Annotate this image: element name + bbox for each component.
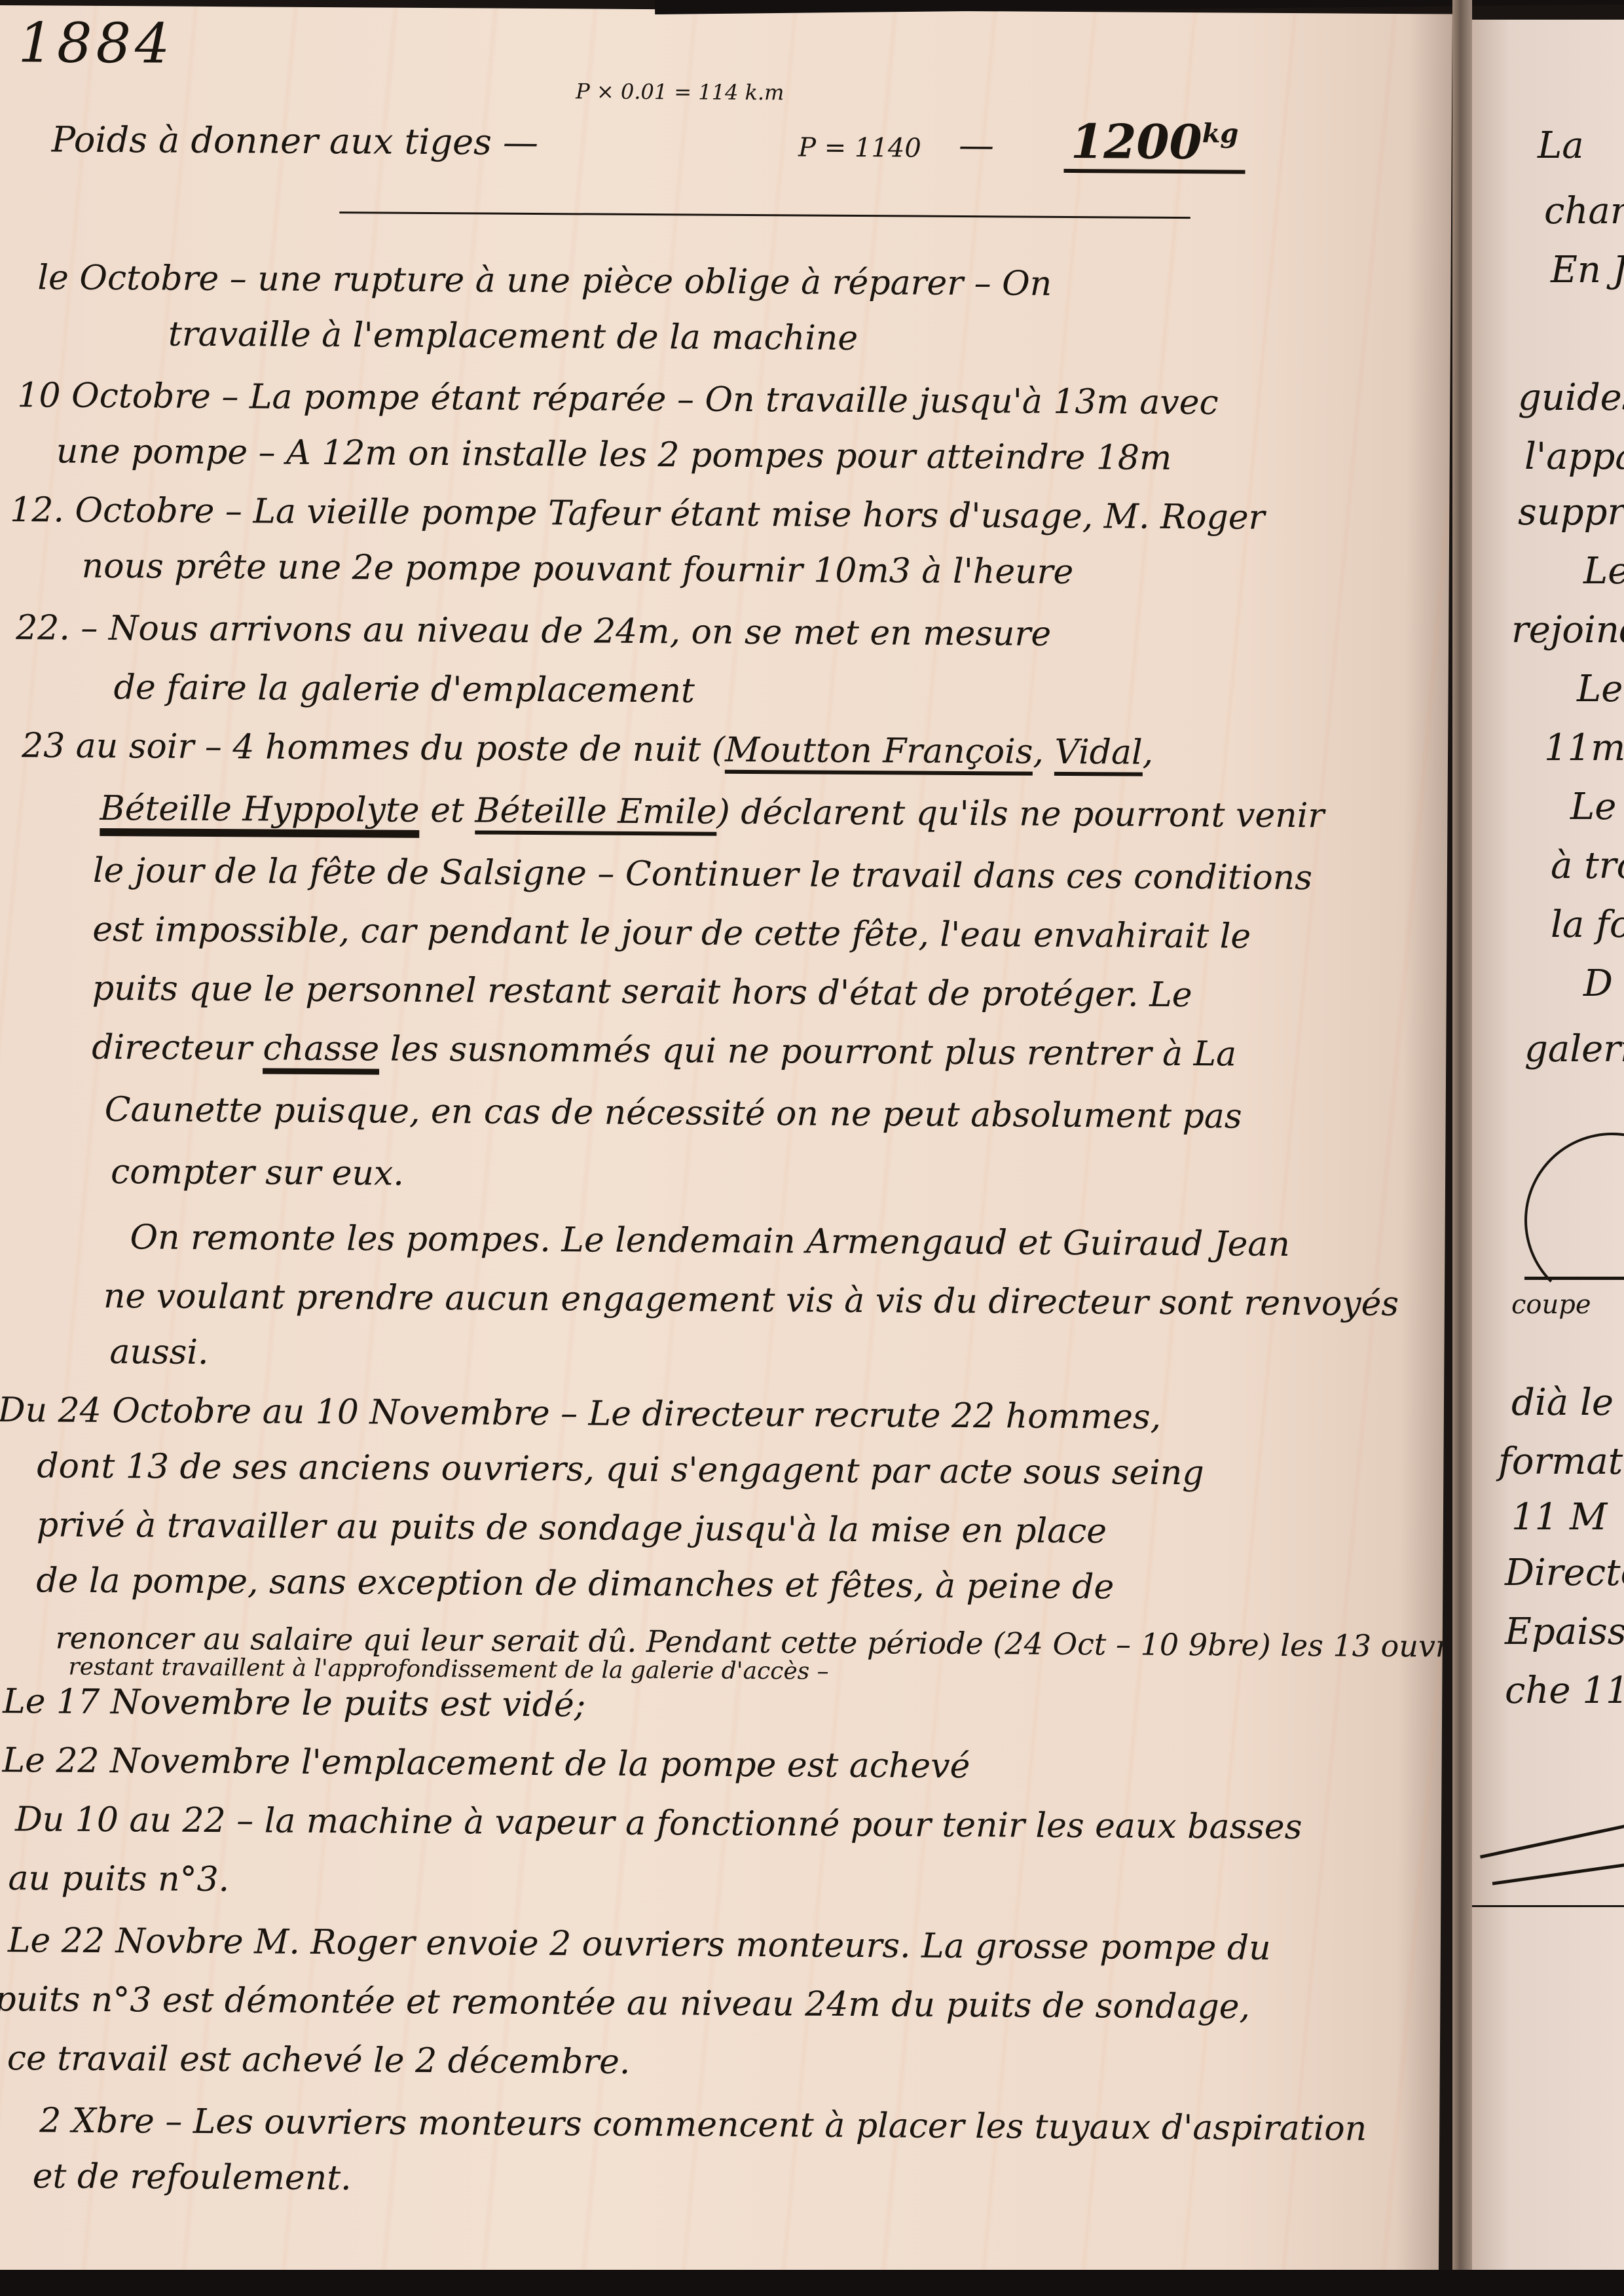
entry-line: On remonte les pompes. Le lendemain Arme… xyxy=(130,1220,1290,1262)
header-separator: — xyxy=(959,124,994,166)
entry-line: 10 Octobre – La pompe étant réparée – On… xyxy=(17,378,1219,420)
entry-line: ne voulant prendre aucun engagement vis … xyxy=(103,1279,1399,1321)
entry-line: et de refoulement. xyxy=(33,2159,352,2195)
sketch-line xyxy=(1472,1905,1624,1907)
entry-line: Le 22 Novbre M. Roger envoie 2 ouvriers … xyxy=(8,1923,1271,1965)
left-page: 1884 Poids à donner aux tiges — P × 0.01… xyxy=(0,5,1452,2286)
facing-fragment: à tro xyxy=(1551,845,1624,887)
facing-fragment: D xyxy=(1583,962,1613,1005)
entry-line: 2 Xbre – Les ouvriers monteurs commencen… xyxy=(39,2104,1367,2145)
facing-fragment: guides xyxy=(1518,376,1624,419)
facing-fragment: En J xyxy=(1551,249,1624,291)
entry-line: Le 22 Novembre l'emplacement de la pompe… xyxy=(2,1743,970,1783)
sketch-arc xyxy=(1524,1133,1624,1308)
underlined-name: Béteille Emile xyxy=(475,791,717,835)
header-label: Poids à donner aux tiges — xyxy=(52,118,539,163)
entry-suffix: , xyxy=(1142,733,1153,773)
facing-fragment: che 11 xyxy=(1505,1669,1624,1712)
entry-line: le jour de la fête de Salsigne – Continu… xyxy=(93,854,1312,895)
sketch-line xyxy=(1480,1824,1624,1859)
facing-fragment: coupe xyxy=(1511,1290,1591,1320)
sketch-line xyxy=(1524,1277,1624,1280)
entry-line: nous prête une 2e pompe pouvant fournir … xyxy=(82,549,1074,589)
facing-fragment: cham xyxy=(1544,190,1624,232)
bottom-shadow xyxy=(0,2270,1624,2296)
facing-fragment: Le xyxy=(1570,786,1616,828)
entry-line-names-1: 23 au soir – 4 hommes du poste de nuit (… xyxy=(22,729,1153,770)
entry-suffix: les susnommés qui ne pourront plus rentr… xyxy=(390,1030,1237,1074)
entry-line: Caunette puisque, en cas de nécessité on… xyxy=(105,1093,1242,1134)
entry-line: Du 10 au 22 – la machine à vapeur a fonc… xyxy=(15,1802,1302,1844)
entry-line: dont 13 de ses anciens ouvriers, qui s'e… xyxy=(37,1449,1204,1490)
entry-line-chasse: directeur chasse les susnommés qui ne po… xyxy=(92,1030,1236,1072)
entry-line: une pompe – A 12m on installe les 2 pomp… xyxy=(56,435,1172,475)
entry-prefix: directeur xyxy=(92,1028,252,1068)
entry-line-names-2: Béteille Hyppolyte et Béteille Emile) dé… xyxy=(100,792,1324,833)
entry-insert-line: restant travaillent à l'approfondissemen… xyxy=(68,1656,828,1684)
entry-line: puits que le personnel restant serait ho… xyxy=(92,972,1192,1012)
facing-page: La cham En J guides l'appa suppre Le rej… xyxy=(1472,20,1624,2272)
entry-line: travaille à l'emplacement de la machine xyxy=(168,318,858,355)
entry-line: 22. – Nous arrivons au niveau de 24m, on… xyxy=(16,611,1051,651)
entry-line: de faire la galerie d'emplacement xyxy=(113,670,695,708)
facing-fragment: rejoind xyxy=(1511,609,1624,651)
book-gutter xyxy=(1452,0,1472,2296)
facing-fragment: La xyxy=(1538,124,1584,167)
connector: et xyxy=(430,791,464,830)
header-total: 1200kg xyxy=(1064,113,1246,174)
journal-entries: le Octobre – une rupture à une pièce obl… xyxy=(0,241,1439,249)
facing-fragment: format xyxy=(1498,1440,1623,1483)
entry-line: est impossible, car pendant le jour de c… xyxy=(92,913,1251,954)
entry-line: 12. Octobre – La vieille pompe Tafeur ét… xyxy=(10,493,1264,535)
total-value: 1200 xyxy=(1071,113,1202,170)
header-formula: P × 0.01 = 114 k.m xyxy=(576,79,784,105)
page-year: 1884 xyxy=(18,10,174,75)
entry-line: de la pompe, sans exception de dimanches… xyxy=(36,1563,1114,1604)
entry-line: puits n°3 est démontée et remontée au ni… xyxy=(0,1982,1250,2024)
entry-line: le Octobre – une rupture à une pièce obl… xyxy=(37,261,1052,301)
entry-line: Du 24 Octobre au 10 Novembre – Le direct… xyxy=(0,1393,1161,1434)
title-underline xyxy=(339,211,1190,219)
facing-fragment: la fo xyxy=(1551,903,1624,946)
entry-line: au puits n°3. xyxy=(8,1861,229,1897)
underlined-name: Béteille Hyppolyte xyxy=(100,789,420,838)
facing-fragment: l'appa xyxy=(1524,435,1624,478)
facing-fragment: galeri xyxy=(1524,1028,1624,1070)
entry-line: privé à travailler au puits de sondage j… xyxy=(37,1508,1107,1548)
sketch-line xyxy=(1492,1863,1624,1885)
header-weight-line: Poids à donner aux tiges — P × 0.01 = 11… xyxy=(52,107,1246,170)
underlined-name: Moutton François xyxy=(725,731,1033,776)
underlined-word: chasse xyxy=(263,1029,379,1074)
facing-fragment: 11 M xyxy=(1511,1496,1607,1539)
entry-prefix: 23 au soir – 4 hommes du poste de nuit ( xyxy=(22,726,725,770)
facing-fragment: Le xyxy=(1577,668,1623,710)
total-unit: kg xyxy=(1202,118,1239,149)
underlined-name: Vidal xyxy=(1054,733,1143,776)
facing-fragment: Epaiss xyxy=(1505,1611,1624,1653)
header-p-value: P = 1140 xyxy=(798,132,921,163)
entry-line: aussi. xyxy=(109,1335,208,1370)
facing-fragment: Directe xyxy=(1505,1552,1624,1594)
facing-fragment: dià le xyxy=(1511,1381,1614,1424)
entry-line: ce travail est achevé le 2 décembre. xyxy=(7,2041,631,2079)
facing-fragment: 11m xyxy=(1544,727,1624,769)
entry-suffix: ) déclarent qu'ils ne pourront venir xyxy=(716,793,1324,836)
entry-line: Le 17 Novembre le puits est vidé; xyxy=(3,1685,585,1722)
entry-line: compter sur eux. xyxy=(111,1155,404,1191)
facing-fragment: suppre xyxy=(1518,491,1624,534)
facing-fragment: Le xyxy=(1583,550,1624,592)
